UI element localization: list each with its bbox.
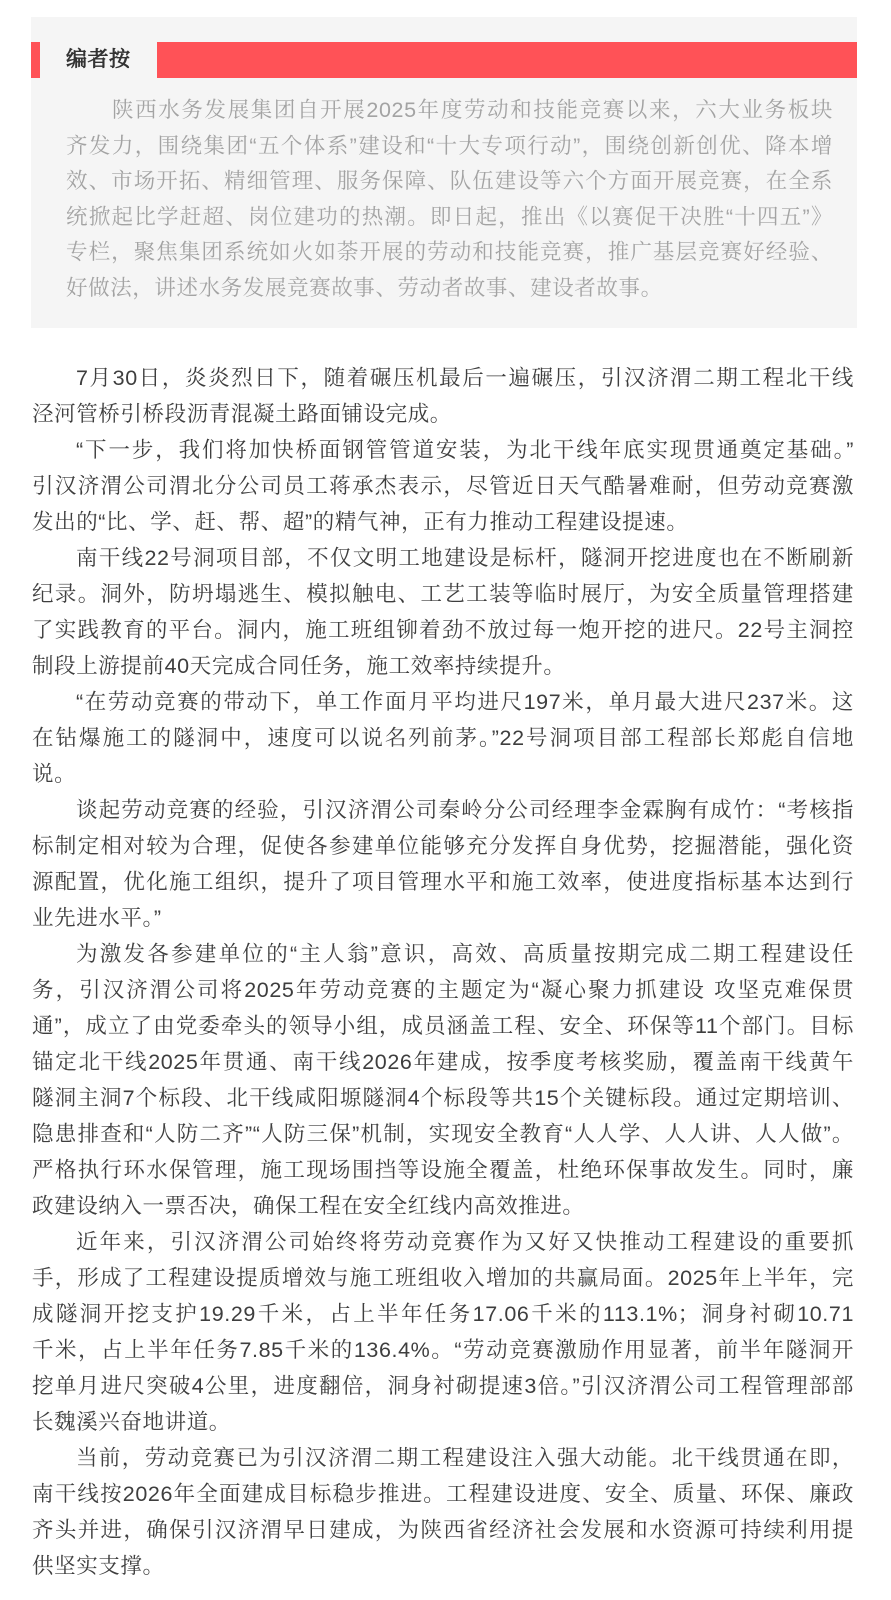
- accent-bar-right: [157, 42, 857, 78]
- paragraph-line: 制段上游提前40天完成合同任务，施工效率持续提升。: [32, 648, 854, 684]
- paragraph-line: 在钻爆施工的隧洞中，速度可以说名列前茅。”22号洞项目部工程部长郑彪自信地: [32, 720, 854, 756]
- paragraph-line: 通”，成立了由党委牵头的领导小组，成员涵盖工程、安全、环保等11个部门。目标: [32, 1008, 854, 1044]
- editor-note-line: 统掀起比学赶超、岗位建功的热潮。即日起，推出《以赛促干决胜“十四五”》: [66, 200, 833, 236]
- article-body: 7月30日，炎炎烈日下，随着碾压机最后一遍碾压，引汉济渭二期工程北干线 泾河管桥…: [32, 360, 854, 1584]
- editor-note-line: 专栏，聚焦集团系统如火如荼开展的劳动和技能竞赛，推广基层竞赛好经验、: [66, 235, 833, 271]
- paragraph-line: “下一步，我们将加快桥面钢管管道安装，为北干线年底实现贯通奠定基础。”: [32, 432, 854, 468]
- paragraph-line: 严格执行环水保管理，施工现场围挡等设施全覆盖，杜绝环保事故发生。同时，廉: [32, 1152, 854, 1188]
- paragraph-line: 7月30日，炎炎烈日下，随着碾压机最后一遍碾压，引汉济渭二期工程北干线: [32, 360, 854, 396]
- paragraph-line: 了实践教育的平台。洞内，施工班组铆着劲不放过每一炮开挖的进尺。22号主洞控: [32, 612, 854, 648]
- article-paragraph: 近年来，引汉济渭公司始终将劳动竞赛作为又好又快推动工程建设的重要抓 手，形成了工…: [32, 1224, 854, 1440]
- paragraph-line: 当前，劳动竞赛已为引汉济渭二期工程建设注入强大动能。北干线贯通在即，: [32, 1440, 854, 1476]
- paragraph-line: 隧洞主洞7个标段、北干线咸阳塬隧洞4个标段等共15个关键标段。通过定期培训、: [32, 1080, 854, 1116]
- paragraph-line: 为激发各参建单位的“主人翁”意识，高效、高质量按期完成二期工程建设任: [32, 936, 854, 972]
- paragraph-line: “在劳动竞赛的带动下，单工作面月平均进尺197米，单月最大进尺237米。这: [32, 684, 854, 720]
- article-paragraph: “在劳动竞赛的带动下，单工作面月平均进尺197米，单月最大进尺237米。这 在钻…: [32, 684, 854, 792]
- editor-note-line: 陕西水务发展集团自开展2025年度劳动和技能竞赛以来，六大业务板块: [66, 93, 833, 129]
- editor-note-label: 编者按: [66, 42, 131, 78]
- paragraph-line: 泾河管桥引桥段沥青混凝土路面铺设完成。: [32, 396, 854, 432]
- article-paragraph: 当前，劳动竞赛已为引汉济渭二期工程建设注入强大动能。北干线贯通在即， 南干线按2…: [32, 1440, 854, 1584]
- article-paragraph: 7月30日，炎炎烈日下，随着碾压机最后一遍碾压，引汉济渭二期工程北干线 泾河管桥…: [32, 360, 854, 432]
- editor-note-line: 齐发力，围绕集团“五个体系”建设和“十大专项行动”，围绕创新创优、降本增: [66, 129, 833, 165]
- paragraph-line: 源配置，优化施工组织，提升了项目管理水平和施工效率，使进度指标基本达到行: [32, 864, 854, 900]
- editor-note-header: 编者按: [31, 42, 857, 78]
- paragraph-line: 锚定北干线2025年贯通、南干线2026年建成，按季度考核奖励，覆盖南干线黄午: [32, 1044, 854, 1080]
- paragraph-line: 纪录。洞外，防坍塌逃生、模拟触电、工艺工装等临时展厅，为安全质量管理搭建: [32, 576, 854, 612]
- paragraph-line: 南干线22号洞项目部，不仅文明工地建设是标杆，隧洞开挖进度也在不断刷新: [32, 540, 854, 576]
- article-paragraph: 为激发各参建单位的“主人翁”意识，高效、高质量按期完成二期工程建设任 务，引汉济…: [32, 936, 854, 1224]
- paragraph-line: 供坚实支撑。: [32, 1548, 854, 1584]
- paragraph-line: 标制定相对较为合理，促使各参建单位能够充分发挥自身优势，挖掘潜能，强化资: [32, 828, 854, 864]
- article-paragraph: “下一步，我们将加快桥面钢管管道安装，为北干线年底实现贯通奠定基础。” 引汉济渭…: [32, 432, 854, 540]
- paragraph-line: 业先进水平。”: [32, 900, 854, 936]
- paragraph-line: 千米，占上半年任务7.85千米的136.4%。“劳动竞赛激励作用显著，前半年隧洞…: [32, 1332, 854, 1368]
- paragraph-line: 挖单月进尺突破4公里，进度翻倍，洞身衬砌提速3倍。”引汉济渭公司工程管理部部: [32, 1368, 854, 1404]
- paragraph-line: 说。: [32, 756, 854, 792]
- paragraph-line: 近年来，引汉济渭公司始终将劳动竞赛作为又好又快推动工程建设的重要抓: [32, 1224, 854, 1260]
- article-paragraph: 南干线22号洞项目部，不仅文明工地建设是标杆，隧洞开挖进度也在不断刷新 纪录。洞…: [32, 540, 854, 684]
- paragraph-line: 隐患排查和“人防二齐”“人防三保”机制，实现安全教育“人人学、人人讲、人人做”。: [32, 1116, 854, 1152]
- editor-note-line: 效、市场开拓、精细管理、服务保障、队伍建设等六个方面开展竞赛，在全系: [66, 164, 833, 200]
- paragraph-line: 谈起劳动竞赛的经验，引汉济渭公司秦岭分公司经理李金霖胸有成竹：“考核指: [32, 792, 854, 828]
- paragraph-line: 务，引汉济渭公司将2025年劳动竞赛的主题定为“凝心聚力抓建设 攻坚克难保贯: [32, 972, 854, 1008]
- accent-bar-left: [31, 42, 40, 78]
- paragraph-line: 发出的“比、学、赶、帮、超”的精气神，正有力推动工程建设提速。: [32, 504, 854, 540]
- paragraph-line: 齐头并进，确保引汉济渭早日建成，为陕西省经济社会发展和水资源可持续利用提: [32, 1512, 854, 1548]
- paragraph-line: 成隧洞开挖支护19.29千米，占上半年任务17.06千米的113.1%；洞身衬砌…: [32, 1296, 854, 1332]
- paragraph-line: 南干线按2026年全面建成目标稳步推进。工程建设进度、安全、质量、环保、廉政: [32, 1476, 854, 1512]
- editor-note-text: 陕西水务发展集团自开展2025年度劳动和技能竞赛以来，六大业务板块 齐发力，围绕…: [66, 93, 833, 307]
- paragraph-line: 引汉济渭公司渭北分公司员工蒋承杰表示，尽管近日天气酷暑难耐，但劳动竞赛激: [32, 468, 854, 504]
- article-paragraph: 谈起劳动竞赛的经验，引汉济渭公司秦岭分公司经理李金霖胸有成竹：“考核指 标制定相…: [32, 792, 854, 936]
- editor-note-label-wrap: 编者按: [40, 42, 157, 78]
- paragraph-line: 手，形成了工程建设提质增效与施工班组收入增加的共赢局面。2025年上半年，完: [32, 1260, 854, 1296]
- editor-note-line: 好做法，讲述水务发展竞赛故事、劳动者故事、建设者故事。: [66, 271, 833, 307]
- paragraph-line: 政建设纳入一票否决，确保工程在安全红线内高效推进。: [32, 1188, 854, 1224]
- editor-note-box: 编者按 陕西水务发展集团自开展2025年度劳动和技能竞赛以来，六大业务板块 齐发…: [31, 17, 857, 328]
- paragraph-line: 长魏溪兴奋地讲道。: [32, 1404, 854, 1440]
